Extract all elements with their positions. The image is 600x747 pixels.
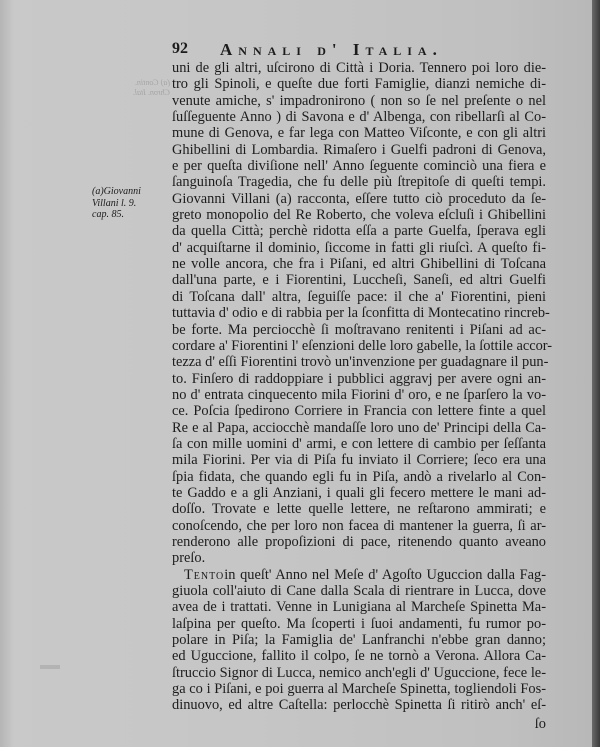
text-line: te Gaddo e a gli Anziani, i quali gli fe… (172, 485, 546, 501)
text-line: renderono alle propoſizioni di pace, rit… (172, 534, 546, 550)
text-line: Ghibellini di Lombardia. Rimaſero i Guel… (172, 142, 546, 158)
text-line: di Toſcana dall' altra, ſeguiſſe pace: i… (172, 289, 546, 305)
text-line: laſpina per queſto. Ma ſcoperti i ſuoi a… (172, 616, 546, 632)
text-line: dinuovo, ed altre Caſtella: perlocchè Sp… (172, 697, 546, 713)
text-line: ſanguinoſa Tragedia, che fu delle più ſt… (172, 174, 546, 190)
text-line: cordare a' Fiorentini l' eſenzioni delle… (172, 338, 546, 354)
margin-note-line: (a)Giovanni (92, 186, 172, 198)
text-line: be forte. Ma perciocchè ſi moſtravano re… (172, 322, 546, 338)
text-line: mila Fiorini. Per via di Piſa fu inviato… (172, 452, 546, 468)
text-line: Re e al Papa, acciocchè mandaſſe loro un… (172, 420, 546, 436)
text-line: to. Finſero di raddoppiare i pubblici ag… (172, 371, 546, 387)
text-line: ne volle ancora, che fra i Piſani, ed al… (172, 256, 546, 272)
text-line: dall'una parte, e i Fiorentini, Luccheſi… (172, 272, 546, 288)
margin-note-line: Villani l. 9. (92, 198, 172, 210)
text-line: tro gli Spinoli, e queſte due forti Fami… (172, 76, 546, 92)
text-line: avea de i trattati. Venne in Lunigiana a… (172, 599, 546, 615)
text-line: ſpia fidata, che quando egli fu in Piſa,… (172, 469, 546, 485)
text-line: ſuſſeguente Anno ) di Savona e d' Albeng… (172, 109, 546, 125)
catchword: ſo (172, 716, 546, 732)
text-line: e per queſta diviſione nell' Anno ſeguen… (172, 158, 546, 174)
page-number: 92 (172, 40, 188, 58)
bleed-through-text: (a) Contin. Chron. Ital. (120, 78, 170, 98)
text-line: Giovanni Villani (a) racconta, eſſere tu… (172, 191, 546, 207)
text-line: tuttavia d' odio e di rabbia per la ſcon… (172, 305, 546, 321)
margin-note-line: cap. 85. (92, 209, 172, 221)
text-line: polare in Piſa; la Famiglia de' Lanfranc… (172, 632, 546, 648)
lead-word: Tento (184, 567, 224, 583)
body-text: uni de gli altri, uſcirono di Città i Do… (172, 60, 546, 732)
text-line: greto monopolio del Re Roberto, che vole… (172, 207, 546, 223)
text-line: in queſt' Anno nel Meſe d' Agoſto Ugucci… (224, 567, 546, 583)
text-line: doſſo. Trovate e lette quelle lettere, n… (172, 501, 546, 517)
text-line: da quella Città; perchè ridotta eſſa a p… (172, 223, 546, 239)
text-line: ga co i Piſani, e poi guerra al Marcheſe… (172, 681, 546, 697)
page-stain (40, 665, 60, 669)
margin-note: (a)Giovanni Villani l. 9. cap. 85. (92, 186, 172, 221)
text-line: uni de gli altri, uſcirono di Città i Do… (172, 60, 546, 76)
text-line: ed Uguccione, fallito il colpo, ſe ne to… (172, 648, 546, 664)
book-page: (a) Contin. Chron. Ital. 92 Annali d' It… (0, 0, 592, 747)
paragraph-start: Tentoin queſt' Anno nel Meſe d' Agoſto U… (172, 567, 546, 583)
page-edge-shadow (592, 0, 600, 747)
running-title: Annali d' Italia. (220, 40, 443, 60)
text-line: tezza d' eſſi Fiorentini trovò un'invenz… (172, 354, 546, 370)
text-line: venute amiche, s' impadronirono ( non so… (172, 93, 546, 109)
text-line: ſa con mille uomini d' armi, e con lette… (172, 436, 546, 452)
text-line: conoſcendo, che per loro non facea di ma… (172, 518, 546, 534)
text-line: ſtruccio Signor di Lucca, nemico anch'eg… (172, 665, 546, 681)
text-line: no d' entrata cinquecento mila Fiorini d… (172, 387, 546, 403)
text-line: mune di Genova, e far lega con Matteo Vi… (172, 125, 546, 141)
page-header: 92 Annali d' Italia. (172, 40, 552, 62)
text-line: giuola coll'aiuto di Cane dalla Scala di… (172, 583, 546, 599)
text-line: d' acquiſtarne il dominio, ſiccome in fa… (172, 240, 546, 256)
text-line: preſo. (172, 550, 546, 566)
text-line: ce. Poſcia ſpedirono Corriere in Francia… (172, 403, 546, 419)
